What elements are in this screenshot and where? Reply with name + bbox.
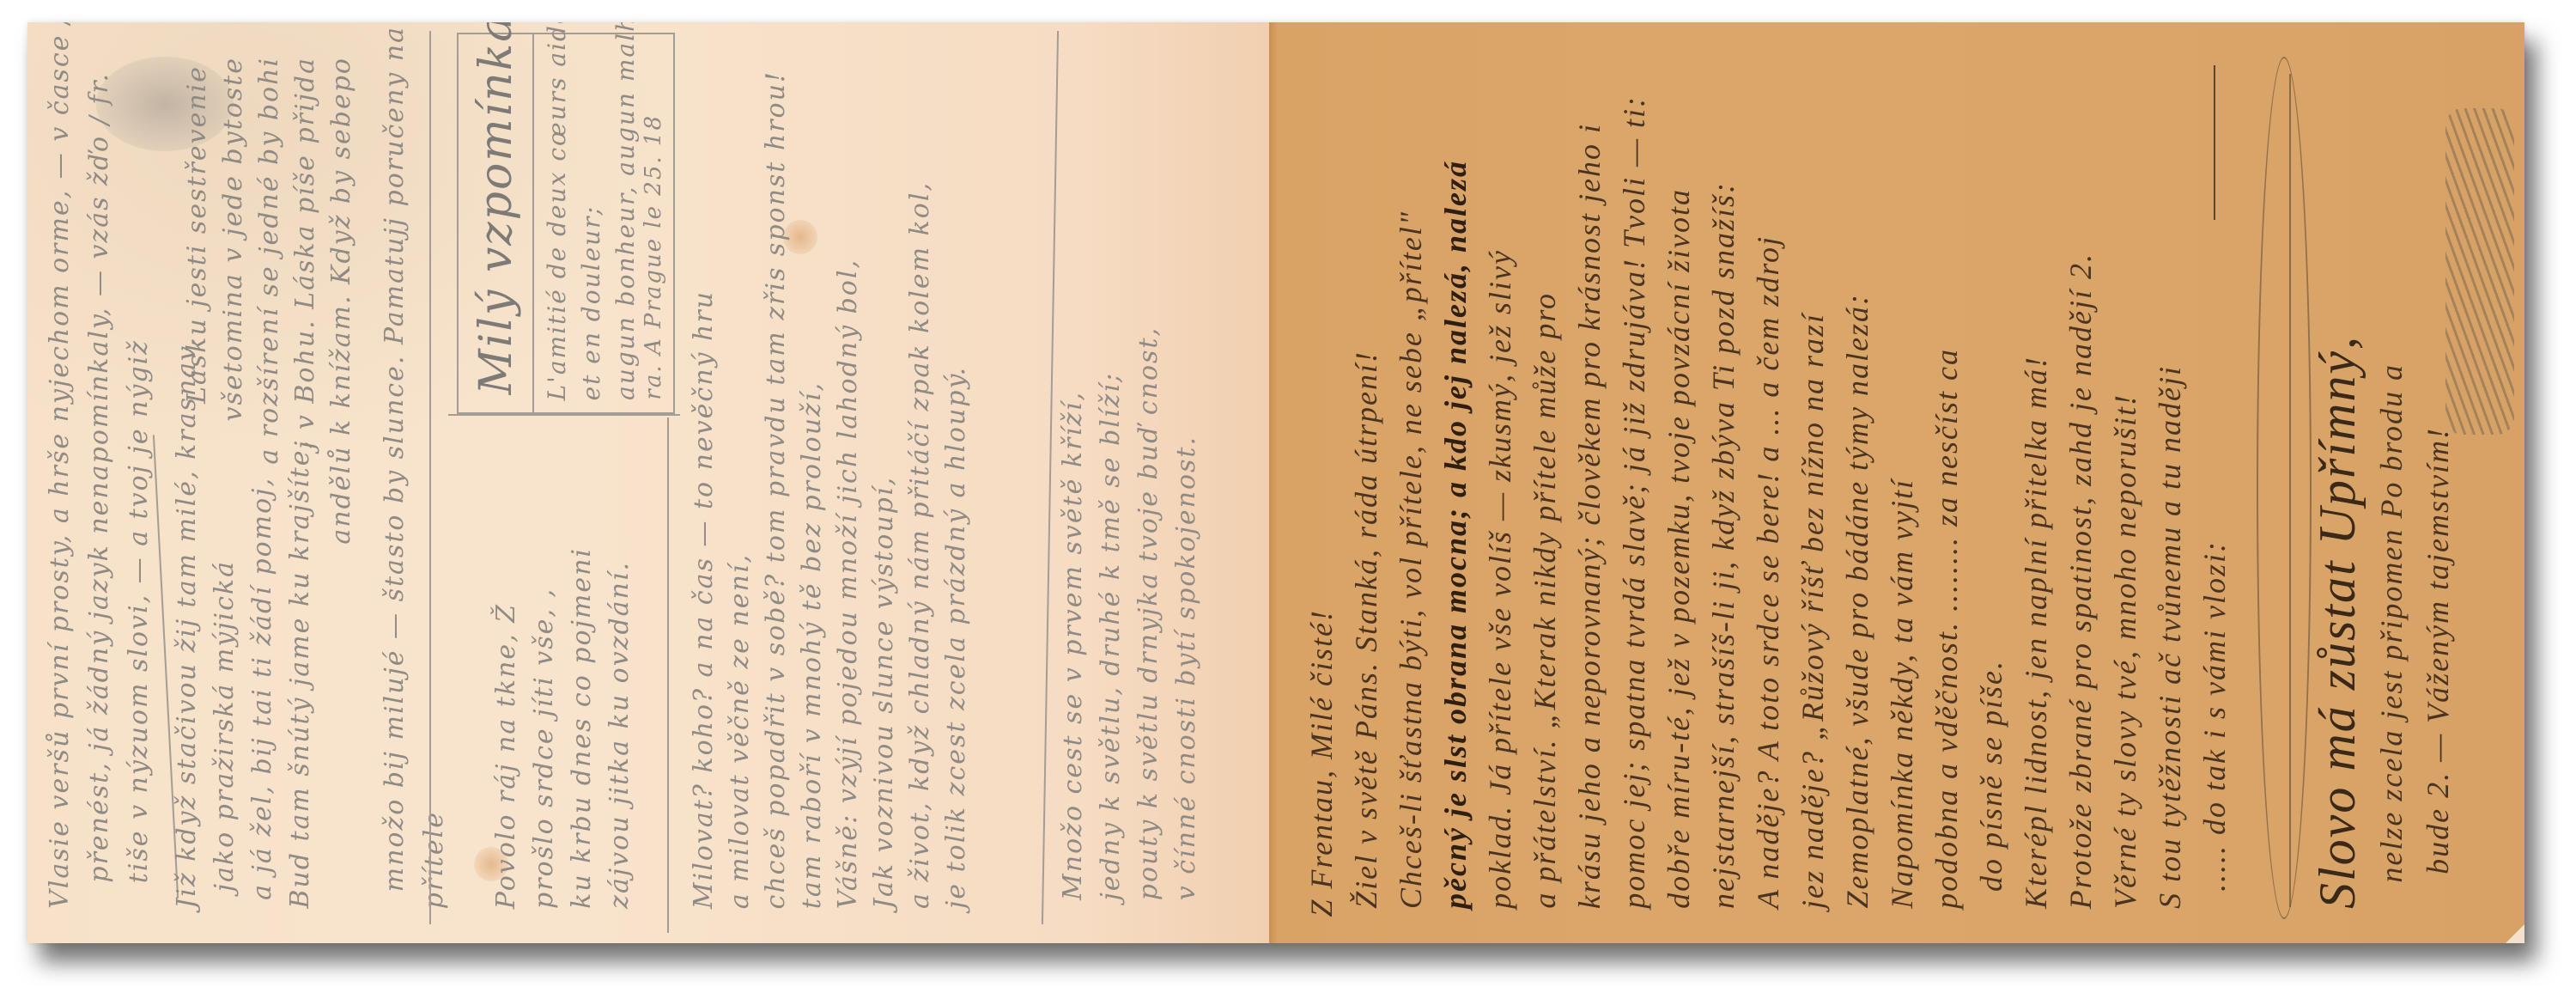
text-column: přítele <box>419 811 449 909</box>
text-column: množo bij milujé — štasto by slunce. Pam… <box>380 26 410 892</box>
decorative-flourish <box>2257 57 2312 919</box>
text-column: všetomina v jede bytoste <box>218 57 248 422</box>
divider-line <box>429 31 431 924</box>
text-column: Milovat? koho? a na čas — to nevěčný hru <box>689 290 719 909</box>
text-column: jako pražirská mýjická <box>210 560 240 892</box>
text-column: pouty k světlu drnyjka tvoje buď cnost, <box>1133 326 1163 900</box>
box-line: augun bonheur, augun malheur sépa- <box>611 22 640 400</box>
closing-line: bude 2. — Váženým tajemstvím! <box>2420 427 2456 874</box>
text-column: Zemoplatné, všude pro bádáne týmy nalezá… <box>1839 293 1875 909</box>
text-column: Povolo ráj na tkne, Ž <box>491 603 521 909</box>
box-line: ra. A Prague le 25. 18 <box>641 114 666 400</box>
text-column: a já žel, bij tai ti žádí pomoj, <box>247 477 277 900</box>
text-column: poklad. Já přítele vše volíš — zkusmý, j… <box>1482 249 1518 909</box>
text-column: tiše v nýzuom slovi, — a tvoj je nýgiž <box>124 339 154 883</box>
text-column: v čínné cnosti bytí spokojenost. <box>1171 436 1201 900</box>
text-column: Jak voznivou slunce výstoupí, <box>869 476 899 909</box>
text-column: Bud tam šnútý jame ku krajšíte, <box>285 439 315 909</box>
box-title: Milý vzpomínkat! <box>471 22 522 395</box>
text-column: Napomínka někdy, ta vám vyjtí <box>1884 478 1920 909</box>
text-column: dobře míru-té, jež v pozemku, tvoje povz… <box>1661 188 1697 909</box>
text-column: ..... do tak i s vámi vlozi: <box>2196 540 2233 892</box>
text-column: do písně se píše. <box>1973 660 2009 892</box>
text-column: a rozšírení se jedné by bohi <box>254 57 284 465</box>
closing-line: Slovo má zůstat Upřímný, <box>2308 335 2367 909</box>
box-divider <box>532 34 534 412</box>
text-column: Chceš-li šťastna býti, vol přítele, ne s… <box>1393 210 1429 909</box>
pencil-smudge <box>96 57 234 151</box>
text-column: Protože zbrané pro spatinost, zahd je na… <box>2063 253 2099 909</box>
text-column: Kterépl lidnost, jen naplní přitelka má! <box>2018 356 2054 909</box>
text-column: Množo cest se v prvem světě kříží, <box>1058 391 1088 900</box>
text-column: ku krbu dnes co pojmeni <box>567 547 597 909</box>
text-column: zájvou jitka ku ovzdání. <box>605 561 635 909</box>
text-column: a život, když chladný nám přitáčí zpak k… <box>905 181 935 909</box>
flourish-stem <box>2289 74 2291 907</box>
boxed-passage: Milý vzpomínkat! L'amitié de deux cœurs … <box>457 33 675 414</box>
text-column: prošlo srdce jíti vše, , <box>529 588 559 909</box>
divider-line <box>1042 31 1059 924</box>
text-column: nejstarnejší, strašíš-li ji, když zbýva … <box>1705 181 1741 909</box>
text-column: přenést, já žádný jazyk nenapomínkaly, —… <box>84 72 114 883</box>
text-column: pomoc jej; spatna tvrdá slavě; já již zd… <box>1616 95 1652 909</box>
text-column: je tolik zcest zcela prázdný a hloupý. <box>941 366 971 909</box>
text-column: jedny k světlu, druhé k tmě se blíží; <box>1096 372 1126 901</box>
text-column: pěcný je slst obrana mocna; a kdo jej na… <box>1437 160 1473 909</box>
box-line: L'amitié de deux cœurs aide en joie <box>543 22 571 400</box>
text-column: chceš popadřit v sobě? tom pravdu tam zř… <box>761 70 791 909</box>
text-column: Věrné ty slovy tvé, mnoho neporušit! <box>2107 393 2143 909</box>
text-column: Vlasie veršů první prosty, a hrše nyjech… <box>45 22 75 909</box>
signature-scribble: [pencil-scribbled signature] <box>2445 108 2514 435</box>
text-column: andělů k knížam. Když by sebepo <box>326 57 356 545</box>
text-column: tam raboří v mnohý tě bez prolouží, <box>797 381 827 909</box>
text-column: j v Bohu. Láska píše přijda <box>290 57 320 449</box>
text-column: Lásku jesti sestřevenie <box>182 65 212 404</box>
page-corner-fold <box>2506 924 2524 943</box>
text-column: podobna a vděčnost. ........ za nesčíst … <box>1929 348 1965 909</box>
text-column: jez naděje? „Růžový říšť bez nížno na ra… <box>1795 313 1831 909</box>
ink-rule <box>2214 65 2215 220</box>
text-column: a milovat věčně ze není, <box>725 553 755 909</box>
closing-line: nelze zcela jest připomen Po brodu a <box>2373 363 2409 883</box>
manuscript-spread: Vlasie veršů první prosty, a hrše nyjech… <box>27 22 2524 943</box>
text-column: Žiel v světě Páns. Stanká, ráda útrpení! <box>1348 350 1384 909</box>
text-column: S tou tytěžnosti ač tvůnemu a tu naději <box>2152 365 2188 909</box>
text-column: krásu jeho a neporovnaný; člověkem pro k… <box>1571 123 1607 909</box>
right-page: Z Frentau, Milé čisté! Žiel v světě Páns… <box>1269 22 2524 943</box>
text-column: Z Frentau, Milé čisté! <box>1303 609 1340 917</box>
divider-line <box>448 414 680 416</box>
text-column: a přátelství. „Kterak nikdy přítele může… <box>1527 292 1563 909</box>
left-page: Vlasie veršů první prosty, a hrše nyjech… <box>27 22 1269 943</box>
divider-line <box>667 417 669 933</box>
text-column: A naděje? A toto srdce se bere! a ... a … <box>1750 235 1786 909</box>
text-column: Již když stačivou žij tam milé, krasnav, <box>172 338 202 909</box>
text-column: Vášně: vzýjí pojedou množí jich lahodný … <box>833 259 863 909</box>
box-line: et en douleur; <box>577 205 605 400</box>
